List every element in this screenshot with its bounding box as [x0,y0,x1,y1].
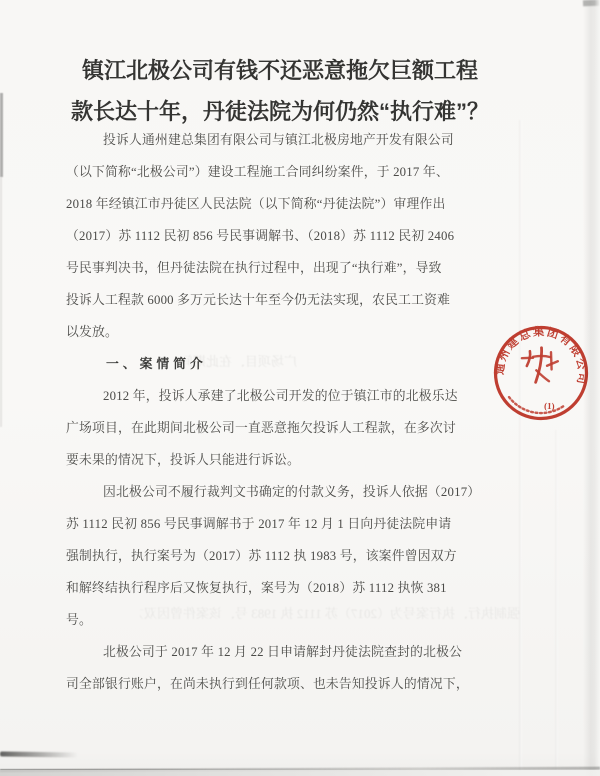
left-edge-shadow-faint [0,177,2,427]
left-edge-shadow [0,93,3,177]
text-line: 司全部银行账户，在尚未执行到任何款项、也未告知投诉人的情况下， [66,668,534,700]
text-line: 号民事判决书，但丹徒法院在执行过程中，出现了“执行难”，导致 [66,252,534,284]
text-line: 和解终结执行程序后又恢复执行，案号为（2018）苏 1112 执恢 381 [66,572,534,604]
text-line: 以发放。 [66,316,534,348]
scanned-complaint-document: { "page": { "background_color": "#f8f7f5… [0,0,600,776]
below-page-background [0,770,600,776]
section-heading: 一、案情简介 [66,348,534,380]
paper-page: 镇江北极公司有钱不还恶意拖欠巨额工程 款长达十年，丹徒法院为何仍然“执行难”？ … [0,0,600,776]
paper-crease [555,430,558,776]
text-line: 投诉人工程款 6000 多万元长达十年至今仍无法实现，农民工工资难 [66,284,534,316]
text-line: 2018 年经镇江市丹徒区人民法院（以下简称“丹徒法院”）审理作出 [66,188,534,220]
document-title: 镇江北极公司有钱不还恶意拖欠巨额工程 款长达十年，丹徒法院为何仍然“执行难”？ [40,50,520,132]
text-line: （以下简称“北极公司”）建设工程施工合同纠纷案件，于 2017 年、 [66,156,534,188]
bottom-left-shadow-streak [0,751,78,757]
text-line: 强制执行，执行案号为（2017）苏 1112 执 1983 号，该案件曾因双方 [66,540,534,572]
seal-number: (1) [544,401,555,411]
text-line: 投诉人通州建总集团有限公司与镇江北极房地产开发有限公司 [66,124,534,156]
company-seal: 通州建总集团有限公司 (1) [486,318,596,428]
text-line: 号。 [66,604,534,636]
text-line: 广场项目，在此期间北极公司一直恶意拖欠投诉人工程款，在多次讨 [66,412,534,444]
text-line: （2017）苏 1112 民初 856 号民事调解书、（2018）苏 1112 … [66,220,534,252]
document-body: 投诉人通州建总集团有限公司与镇江北极房地产开发有限公司（以下简称“北极公司”）建… [66,124,534,700]
text-line: 因北极公司不履行裁判文书确定的付款义务，投诉人依据（2017） [66,476,534,508]
text-line: 苏 1112 民初 856 号民事调解书于 2017 年 12 月 1 日向丹徒… [66,508,534,540]
seal-center-signature [519,345,560,385]
text-line: 要未果的情况下，投诉人只能进行诉讼。 [66,444,534,476]
text-line: 2012 年，投诉人承建了北极公司开发的位于镇江市的北极乐达 [66,380,534,412]
seal-registration-digits [507,397,565,416]
text-line: 北极公司于 2017 年 12 月 22 日申请解封丹徒法院查封的北极公 [66,636,534,668]
document-title-line: 镇江北极公司有钱不还恶意拖欠巨额工程 [40,50,520,91]
